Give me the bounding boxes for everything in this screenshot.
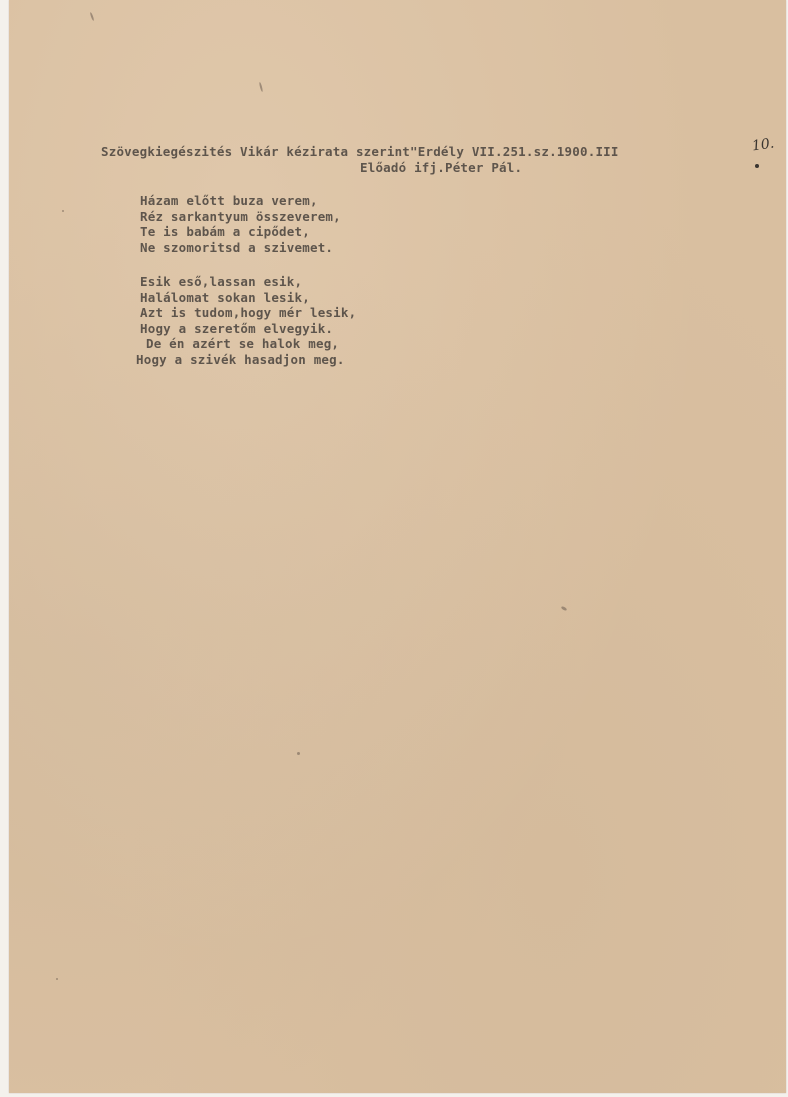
verse-line: Hogy a szivék hasadjon meg. — [136, 352, 356, 368]
verse-line: Hogy a szeretőm elvegyik. — [140, 321, 356, 337]
verse-line: Te is babám a cipődet, — [140, 224, 341, 240]
paper-speck — [90, 12, 95, 21]
verse-line: Esik eső,lassan esik, — [140, 274, 356, 290]
paper-speck — [259, 82, 264, 92]
stanza-1: Házam előtt buza verem, Réz sarkantyum ö… — [140, 193, 341, 255]
verse-line: Halálomat sokan lesik, — [140, 290, 356, 306]
handwritten-page-number: 10. — [751, 136, 775, 155]
paper-speck — [561, 606, 568, 612]
verse-line: Azt is tudom,hogy mér lesik, — [140, 305, 356, 321]
paper-speck — [62, 210, 64, 212]
stanza-2: Esik eső,lassan esik, Halálomat sokan le… — [140, 274, 356, 367]
verse-line: Réz sarkantyum összeverem, — [140, 209, 341, 225]
verse-line: Házam előtt buza verem, — [140, 193, 341, 209]
ink-dot — [755, 164, 759, 168]
header-performer: Előadó ifj.Péter Pál. — [360, 160, 522, 175]
header-source-note: Szövegkiegészités Vikár kézirata szerint… — [101, 144, 619, 159]
paper-speck — [56, 978, 58, 980]
paper-speck — [297, 752, 300, 755]
verse-line: De én azért se halok meg, — [140, 336, 356, 352]
verse-line: Ne szomoritsd a szivemet. — [140, 240, 341, 256]
